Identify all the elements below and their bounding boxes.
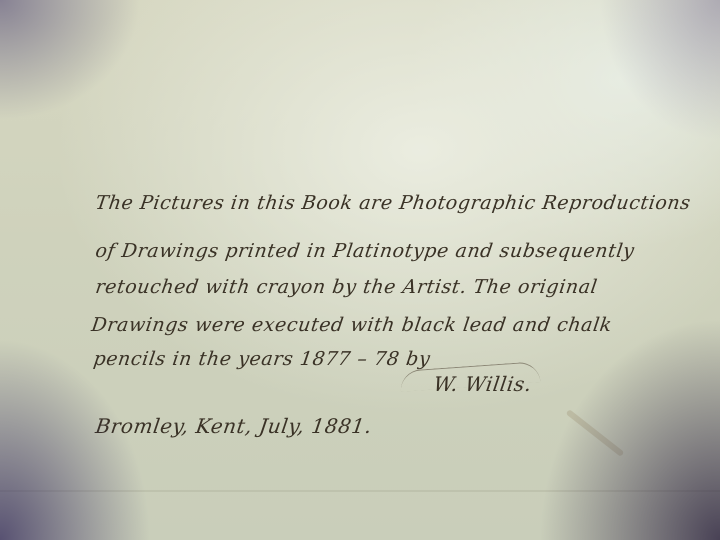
body-line-2: of Drawings printed in Platinotype and s… xyxy=(94,240,636,262)
paper-fold-line xyxy=(0,490,720,492)
body-line-3: retouched with crayon by the Artist. The… xyxy=(94,276,599,298)
body-line-1: The Pictures in this Book are Photograph… xyxy=(94,192,692,214)
place-and-date: Bromley, Kent, July, 1881. xyxy=(94,414,374,438)
paper-page xyxy=(0,0,720,540)
body-line-5: pencils in the years 1877 – 78 by xyxy=(92,348,432,370)
signature: W. Willis. xyxy=(432,372,534,396)
body-line-4: Drawings were executed with black lead a… xyxy=(90,314,614,336)
